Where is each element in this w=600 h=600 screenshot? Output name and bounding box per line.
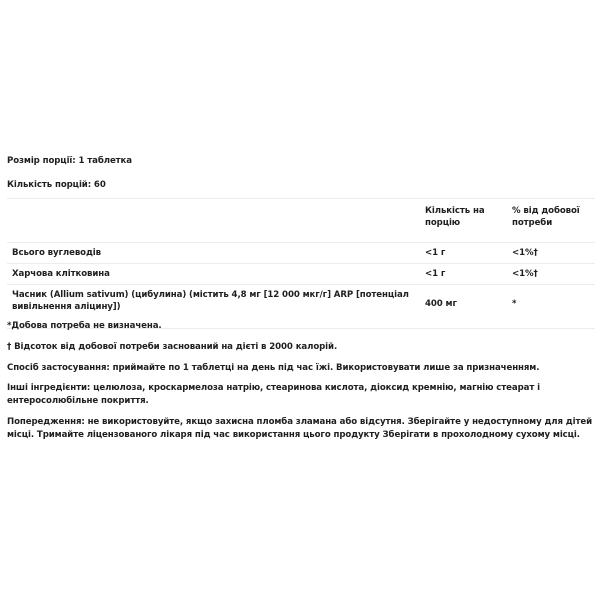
note-usage: Спосіб застосування: приймайте по 1 табл… <box>7 362 539 375</box>
header-amount: Кількість на порцію <box>425 199 512 243</box>
servings-per-container: Кількість порцій: 60 <box>7 179 106 192</box>
ingredient-amount: <1 г <box>425 243 512 264</box>
ingredient-dv: <1%† <box>512 264 595 285</box>
serving-size: Розмір порції: 1 таблетка <box>7 155 132 168</box>
ingredient-dv: <1%† <box>512 243 595 264</box>
header-ingredient <box>7 199 425 243</box>
note-other-ingredients: Інші інгредієнти: целюлоза, кроскармелоз… <box>7 382 567 407</box>
note-dv-basis: † Відсоток від добової потреби засновани… <box>7 341 337 354</box>
table-row: Харчова клітковина <1 г <1%† <box>7 264 595 285</box>
table-header-row: Кількість на порцію % від добової потреб… <box>7 199 595 243</box>
ingredient-amount: <1 г <box>425 264 512 285</box>
note-warning: Попередження: не використовуйте, якщо за… <box>7 416 595 441</box>
ingredient-amount: 400 мг <box>425 285 512 329</box>
header-daily-value: % від добової потреби <box>512 199 595 243</box>
note-dv-not-established: *Добова потреба не визначена. <box>7 320 162 333</box>
nutrition-table: Кількість на порцію % від добової потреб… <box>7 198 595 329</box>
table-row: Всього вуглеводів <1 г <1%† <box>7 243 595 264</box>
ingredient-name: Всього вуглеводів <box>7 243 425 264</box>
ingredient-dv: * <box>512 285 595 329</box>
ingredient-name: Харчова клітковина <box>7 264 425 285</box>
